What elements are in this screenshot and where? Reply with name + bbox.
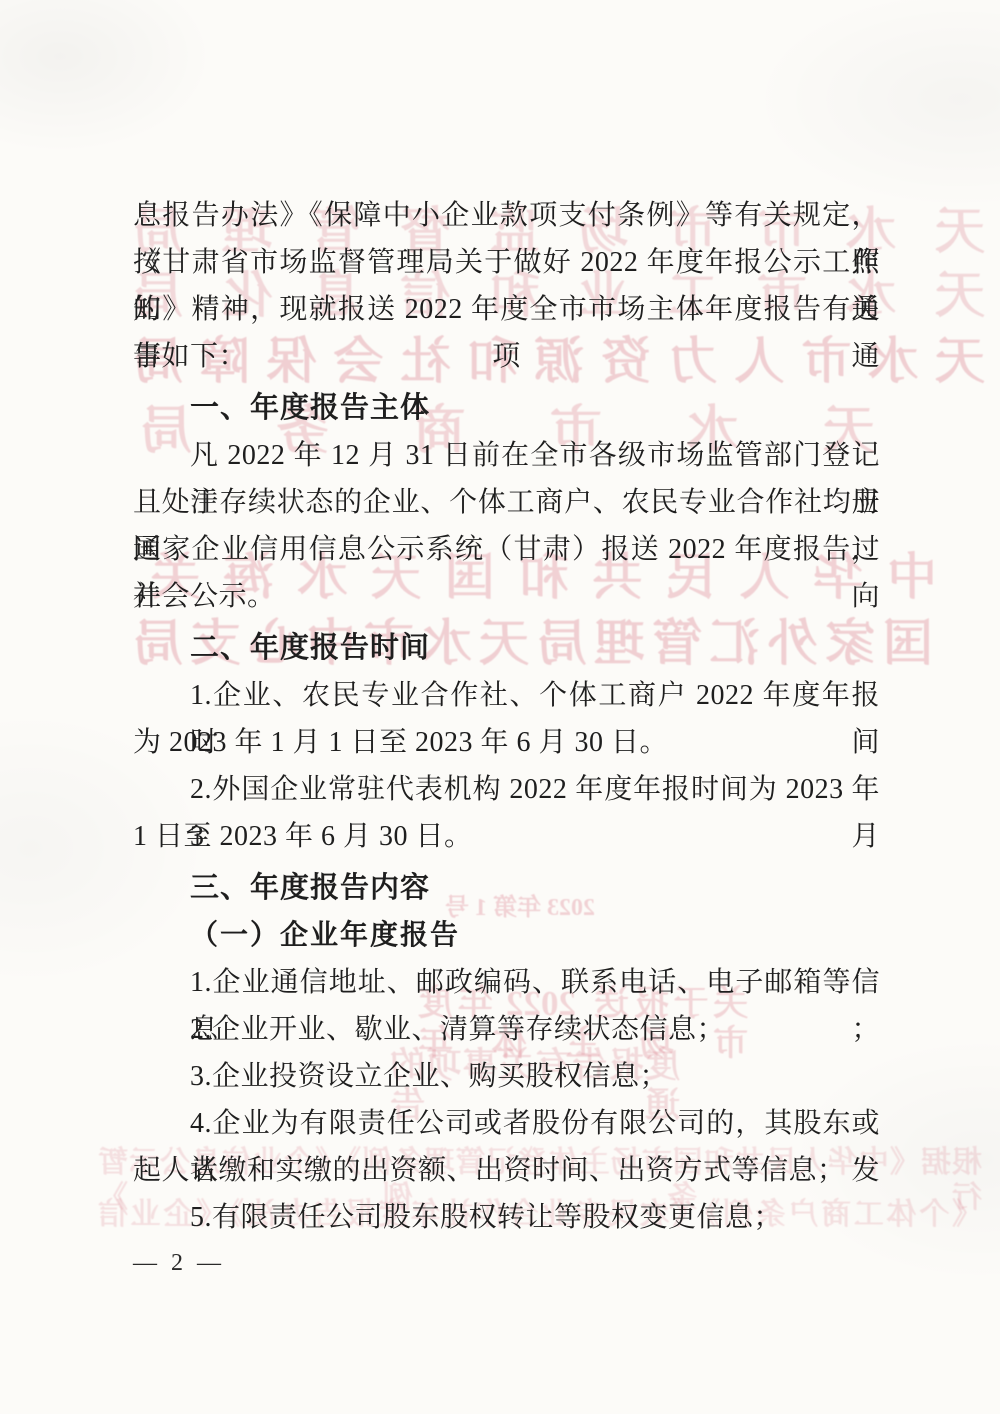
scanned-page: 天水市市场监督管理局天水市工业和信息化局天水市人力资源和社会保障局天水市商务局中… xyxy=(0,0,1000,1414)
text-line: 起人认缴和实缴的出资额、出资时间、出资方式等信息； xyxy=(133,1147,880,1194)
text-line: 3.企业投资设立企业、购买股权信息； xyxy=(133,1053,880,1100)
section-heading: 三、年度报告内容 xyxy=(133,865,880,912)
page-number: — 2 — xyxy=(133,1250,225,1277)
text-line: 1.企业、农民专业合作社、个体工商户 2022 年度年报时间 xyxy=(133,672,880,719)
text-line: 4.企业为有限责任公司或者股份有限公司的，其股东或者发 xyxy=(133,1100,880,1147)
section-heading: （一）企业年度报告 xyxy=(133,912,880,959)
text-line: 国家企业信用信息公示系统（甘肃）报送 2022 年度报告，并向 xyxy=(133,526,880,573)
text-line: 息报告办法》《保障中小企业款项支付条例》等有关规定，按照 xyxy=(133,192,880,239)
section-heading: 一、年度报告主体 xyxy=(133,385,880,432)
text-line: 凡 2022 年 12 月 31 日前在全市各级市场监管部门登记注册 xyxy=(133,432,880,479)
text-line: 5.有限责任公司股东股权转让等股权变更信息； xyxy=(133,1194,880,1241)
text-line: 1.企业通信地址、邮政编码、联系电话、电子邮箱等信息； xyxy=(133,959,880,1006)
document-body: 息报告办法》《保障中小企业款项支付条例》等有关规定，按照《甘肃省市场监督管理局关… xyxy=(133,192,880,1241)
text-line: 且处于存续状态的企业、个体工商户、农民专业合作社均应通过 xyxy=(133,479,880,526)
text-line: 2.外国企业常驻代表机构 2022 年度年报时间为 2023 年 3 月 xyxy=(133,766,880,813)
text-line: 《甘肃省市场监督管理局关于做好 2022 年度年报公示工作的通 xyxy=(133,239,880,286)
text-line: 知》精神，现就报送 2022 年度全市市场主体年度报告有关事项通 xyxy=(133,286,880,333)
section-heading: 二、年度报告时间 xyxy=(133,625,880,672)
